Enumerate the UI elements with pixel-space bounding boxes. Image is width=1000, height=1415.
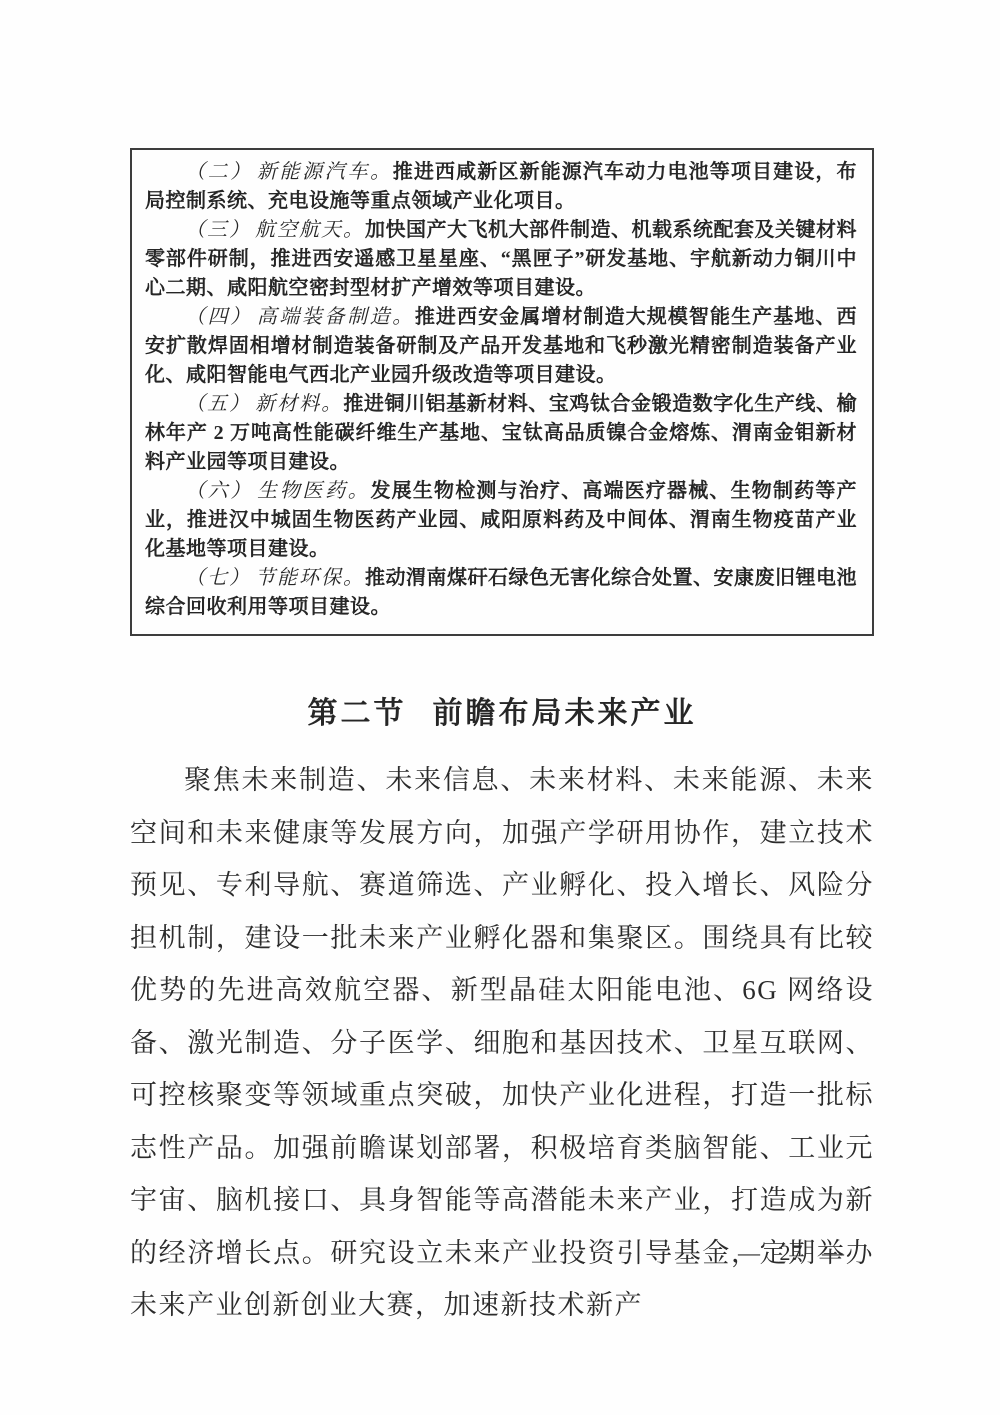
- item-label: 航空航天。: [255, 219, 365, 241]
- key-box-item-3: （三）航空航天。加快国产大飞机大部件制造、机载系统配套及关键材料零部件研制，推进…: [145, 216, 857, 303]
- item-label: 高端装备制造。: [257, 306, 415, 328]
- key-box-item-7: （七）节能环保。推动渭南煤矸石绿色无害化综合处置、安康废旧锂电池综合回收利用等项…: [145, 564, 857, 622]
- item-number: （五）: [185, 393, 251, 415]
- key-box-item-4: （四）高端装备制造。推进西安金属增材制造大规模智能生产基地、西安扩散焊固相增材制…: [145, 303, 857, 390]
- page-number: — 27 —: [738, 1240, 845, 1266]
- item-text: 推进铜川铝基新材料、宝鸡钛合金锻造数字化生产线、榆林年产 2 万吨高性能碳纤维生…: [145, 393, 857, 473]
- item-label: 新材料。: [255, 393, 343, 415]
- item-number: （三）: [185, 219, 251, 241]
- key-box-item-2: （二）新能源汽车。推进西咸新区新能源汽车动力电池等项目建设，布局控制系统、充电设…: [145, 158, 857, 216]
- section-heading: 第二节前瞻布局未来产业: [130, 698, 874, 730]
- item-label: 生物医药。: [257, 480, 370, 502]
- item-number: （七）: [185, 567, 251, 589]
- item-number: （二）: [185, 161, 253, 183]
- section-number: 第二节: [308, 697, 407, 730]
- item-label: 节能环保。: [255, 567, 365, 589]
- key-box-item-5: （五）新材料。推进铜川铝基新材料、宝鸡钛合金锻造数字化生产线、榆林年产 2 万吨…: [145, 390, 857, 477]
- item-text: 加快国产大飞机大部件制造、机载系统配套及关键材料零部件研制，推进西安遥感卫星星座…: [145, 219, 857, 299]
- section-title: 前瞻布局未来产业: [433, 697, 697, 730]
- key-box-item-6: （六）生物医药。发展生物检测与治疗、高端医疗器械、生物制药等产业，推进汉中城固生…: [145, 477, 857, 564]
- item-number: （四）: [185, 306, 253, 328]
- page-content: （二）新能源汽车。推进西咸新区新能源汽车动力电池等项目建设，布局控制系统、充电设…: [130, 148, 874, 1332]
- item-number: （六）: [185, 480, 253, 502]
- document-page: （二）新能源汽车。推进西咸新区新能源汽车动力电池等项目建设，布局控制系统、充电设…: [0, 0, 1000, 1415]
- key-projects-box: （二）新能源汽车。推进西咸新区新能源汽车动力电池等项目建设，布局控制系统、充电设…: [130, 148, 874, 636]
- item-text: 推动渭南煤矸石绿色无害化综合处置、安康废旧锂电池综合回收利用等项目建设。: [145, 567, 857, 618]
- item-label: 新能源汽车。: [257, 161, 393, 183]
